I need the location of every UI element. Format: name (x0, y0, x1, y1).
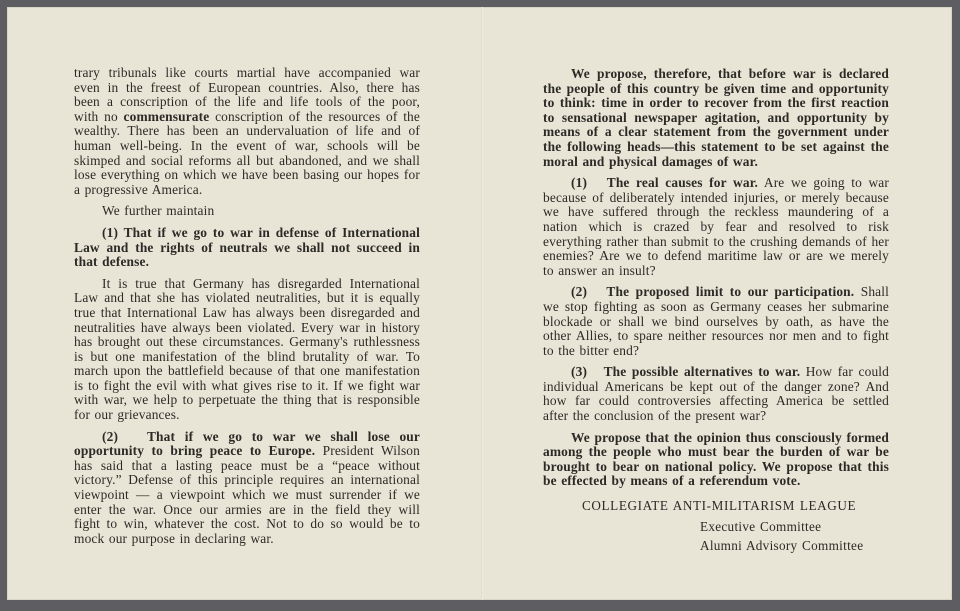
paragraph-real-causes: (1) The real causes for war. Are we goin… (543, 176, 889, 278)
point-number: (2) (102, 429, 118, 444)
point-heading: The possible alternatives to war. (604, 364, 801, 379)
point-number: (3) (571, 364, 587, 379)
document-page-spread: trary tribunals like courts martial have… (7, 7, 952, 600)
point-number: (1) (571, 175, 587, 190)
paragraph-alternatives: (3) The possible alternatives to war. Ho… (543, 365, 889, 423)
signature-alumni-committee: Alumni Advisory Committee (543, 539, 889, 554)
left-page-column: trary tribunals like courts martial have… (74, 66, 420, 553)
paragraph-proposal: We propose, therefore, that before war i… (543, 67, 889, 169)
paragraph-international-law: It is true that Germany has disregarded … (74, 277, 420, 423)
paragraph-point-2: (2) That if we go to war we shall lose o… (74, 430, 420, 547)
paragraph-proposed-limit: (2) The proposed limit to our participat… (543, 285, 889, 358)
paragraph-conscription: trary tribunals like courts martial have… (74, 66, 420, 197)
point-heading: The real causes for war. (607, 175, 758, 190)
paragraph-point-1-heading: (1) That if we go to war in defense of I… (74, 226, 420, 270)
paragraph-text: Are we going to war because of deliberat… (543, 175, 889, 278)
signature-executive-committee: Executive Committee (543, 520, 889, 535)
point-number: (2) (571, 284, 587, 299)
paragraph-text: President Wilson has said that a lasting… (74, 443, 420, 546)
paragraph-referendum: We propose that the opinion thus conscio… (543, 431, 889, 489)
page-fold (481, 7, 483, 600)
emphasis-text: commensurate (124, 109, 210, 124)
signature-organization: COLLEGIATE ANTI-MILITARISM LEAGUE (543, 499, 889, 514)
paragraph-further-maintain: We further maintain (74, 204, 420, 219)
right-page-column: We propose, therefore, that before war i… (543, 67, 889, 554)
point-heading: The proposed limit to our participation. (606, 284, 854, 299)
